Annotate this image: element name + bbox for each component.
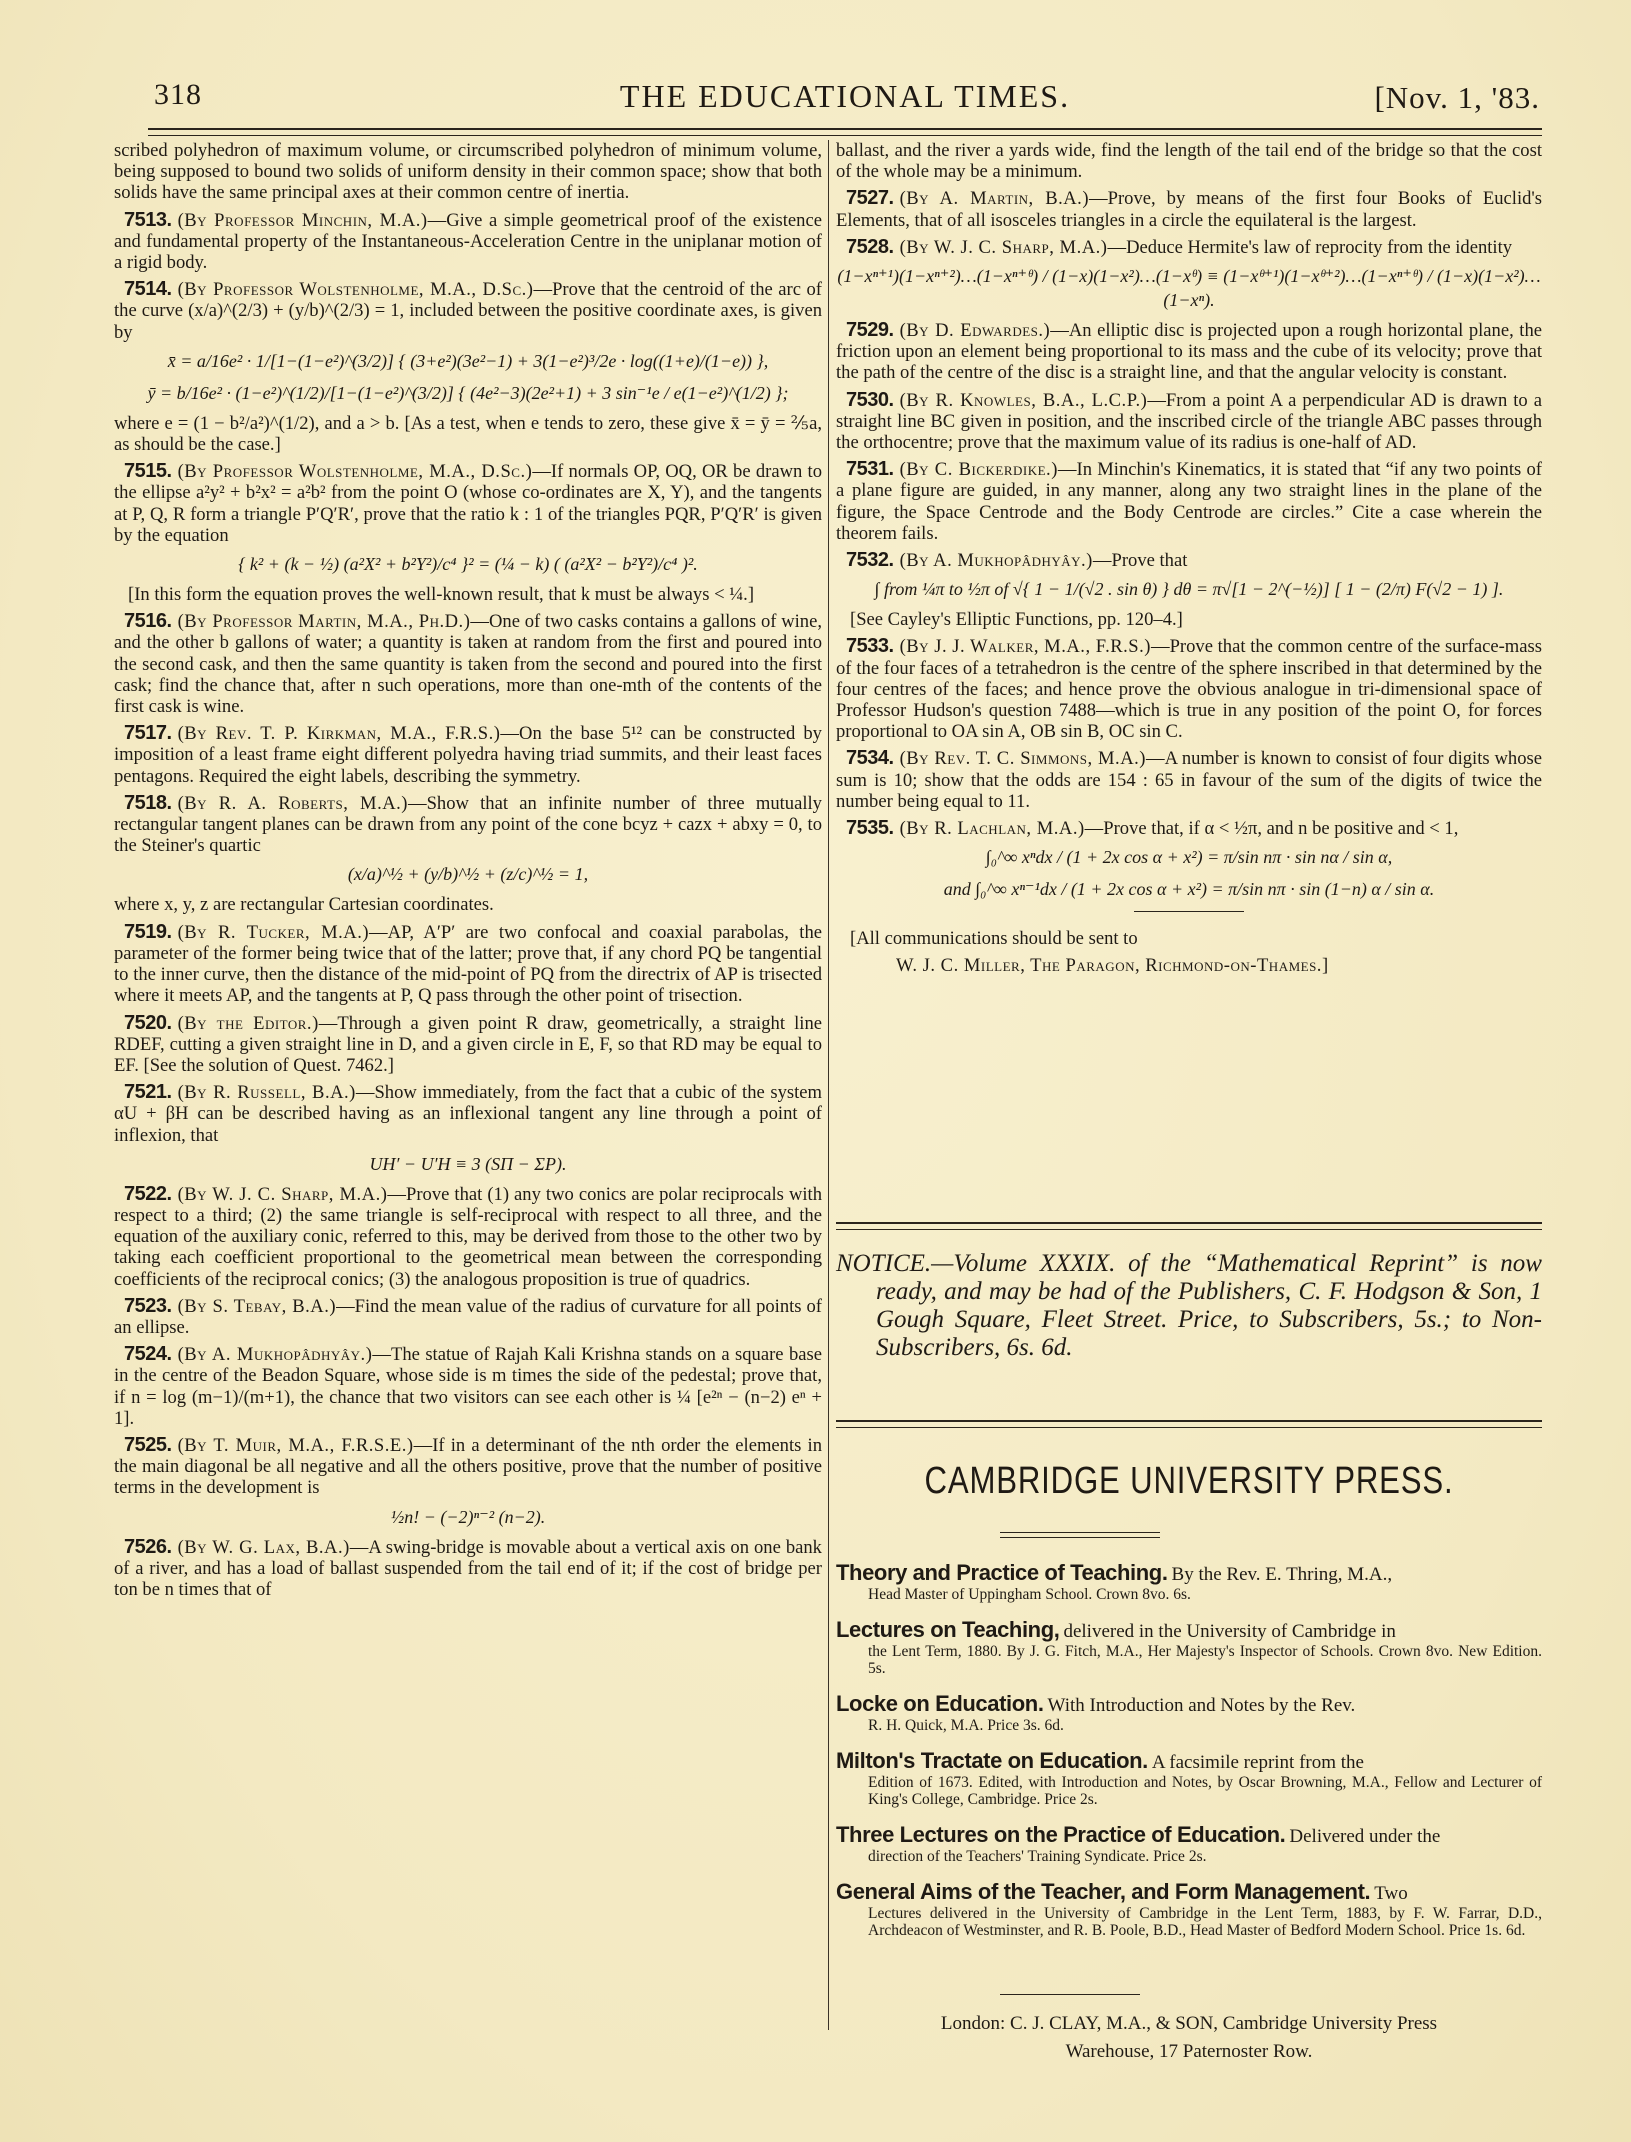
question-number: 7535. <box>846 817 894 839</box>
question-number: 7530. <box>846 389 894 411</box>
question-7516: 7516.(By Professor Martin, M.A., Ph.D.)—… <box>114 611 822 717</box>
book-lead: Two <box>1374 1883 1408 1904</box>
question-number: 7525. <box>124 1434 172 1456</box>
question-number: 7529. <box>846 319 894 341</box>
right-column: ballast, and the river a yards wide, fin… <box>836 140 1542 983</box>
question-7519: 7519.(By R. Tucker, M.A.)—AP, A′P′ are t… <box>114 922 822 1007</box>
question-author: (By R. Tucker, M.A.) <box>178 922 369 943</box>
book-title: Milton's Tractate on Education. <box>836 1748 1148 1773</box>
question-7517: 7517.(By Rev. T. P. Kirkman, M.A., F.R.S… <box>114 723 822 787</box>
question-7530: 7530.(By R. Knowles, B.A., L.C.P.)—From … <box>836 390 1542 454</box>
question-number: 7513. <box>124 209 172 231</box>
question-author: (By A. Mukhopâdhyây.) <box>178 1344 373 1365</box>
continued-text: scribed polyhedron of maximum volume, or… <box>114 140 822 204</box>
communications-line-1: [All communications should be sent to <box>836 928 1542 949</box>
question-number: 7514. <box>124 278 172 300</box>
question-7515: 7515.(By Professor Wolstenholme, M.A., D… <box>114 461 822 546</box>
equation: (1−xⁿ⁺¹)(1−xⁿ⁺²)…(1−xⁿ⁺ᶿ) / (1−x)(1−x²)…… <box>836 264 1542 312</box>
question-7523: 7523.(By S. Tebay, B.A.)—Find the mean v… <box>114 1296 822 1338</box>
question-7524: 7524.(By A. Mukhopâdhyây.)—The statue of… <box>114 1344 822 1429</box>
question-text: —Prove that <box>1093 550 1188 571</box>
question-number: 7520. <box>124 1012 172 1034</box>
equation: ½n! − (−2)ⁿ⁻² (n−2). <box>114 1505 822 1529</box>
question-author: (By A. Mukhopâdhyây.) <box>900 550 1093 571</box>
book-details: Head Master of Uppingham School. Crown 8… <box>836 1586 1542 1603</box>
question-number: 7533. <box>846 635 894 657</box>
question-text: —Prove that, if α < ½π, and n be positiv… <box>1085 818 1459 839</box>
continued-text: ballast, and the river a yards wide, fin… <box>836 140 1542 182</box>
book-details: R. H. Quick, M.A. Price 3s. 6d. <box>836 1717 1542 1734</box>
question-number: 7526. <box>124 1536 172 1558</box>
book-listing: Locke on Education. With Introduction an… <box>836 1691 1542 1734</box>
book-lead: A facsimile reprint from the <box>1152 1752 1364 1773</box>
question-author: (By S. Tebay, B.A.) <box>178 1296 337 1317</box>
question-number: 7531. <box>846 458 894 480</box>
equation: (x/a)^½ + (y/b)^½ + (z/c)^½ = 1, <box>114 862 822 886</box>
masthead: 318 THE EDUCATIONAL TIMES. [Nov. 1, '83. <box>150 78 1540 122</box>
equation: x̄ = a/16e² · 1/[1−(1−e²)^(3/2)] { (3+e²… <box>114 349 822 373</box>
question-author: (By R. Russell, B.A.) <box>178 1082 356 1103</box>
publication-title: THE EDUCATIONAL TIMES. <box>150 78 1540 115</box>
book-title: General Aims of the Teacher, and Form Ma… <box>836 1879 1370 1904</box>
notice-text: NOTICE.—Volume XXXIX. of the “Mathematic… <box>836 1250 1542 1362</box>
imprint-rule <box>1000 1994 1140 1995</box>
question-author: (By Rev. T. C. Simmons, M.A.) <box>900 748 1146 769</box>
book-title: Three Lectures on the Practice of Educat… <box>836 1822 1285 1847</box>
question-7513: 7513.(By Professor Minchin, M.A.)—Give a… <box>114 210 822 274</box>
book-title: Theory and Practice of Teaching. <box>836 1560 1168 1585</box>
question-number: 7532. <box>846 549 894 571</box>
question-7533: 7533.(By J. J. Walker, M.A., F.R.S.)—Pro… <box>836 636 1542 742</box>
question-7522: 7522.(By W. J. C. Sharp, M.A.)—Prove tha… <box>114 1184 822 1290</box>
book-listing: Milton's Tractate on Education. A facsim… <box>836 1748 1542 1808</box>
notice-bottom-rule <box>836 1420 1542 1428</box>
question-author: (By W. J. C. Sharp, M.A.) <box>178 1184 388 1205</box>
question-number: 7528. <box>846 236 894 258</box>
question-7535: 7535.(By R. Lachlan, M.A.)—Prove that, i… <box>836 818 1542 839</box>
notice-box: NOTICE.—Volume XXXIX. of the “Mathematic… <box>836 1250 1542 1368</box>
imprint-line-2: Warehouse, 17 Paternoster Row. <box>836 2038 1542 2066</box>
question-number: 7522. <box>124 1183 172 1205</box>
question-7528: 7528.(By W. J. C. Sharp, M.A.)—Deduce He… <box>836 237 1542 258</box>
question-number: 7517. <box>124 722 172 744</box>
question-number: 7519. <box>124 921 172 943</box>
question-7514: 7514.(By Professor Wolstenholme, M.A., D… <box>114 279 822 343</box>
masthead-rule <box>148 128 1542 136</box>
question-author: (By R. A. Roberts, M.A.) <box>178 793 408 814</box>
equation: ∫₀^∞ xⁿdx / (1 + 2x cos α + x²) = π/sin … <box>836 845 1542 869</box>
book-listing: Three Lectures on the Practice of Educat… <box>836 1822 1542 1865</box>
heading-rule <box>1000 1532 1160 1538</box>
imprint-line-1: London: C. J. CLAY, M.A., & SON, Cambrid… <box>836 2010 1542 2038</box>
notice-top-rule <box>836 1222 1542 1230</box>
publisher-imprint: London: C. J. CLAY, M.A., & SON, Cambrid… <box>836 2010 1542 2066</box>
question-note: [See Cayley's Elliptic Functions, pp. 12… <box>836 609 1542 630</box>
question-7527: 7527.(By A. Martin, B.A.)—Prove, by mean… <box>836 188 1542 230</box>
book-title: Locke on Education. <box>836 1691 1044 1716</box>
question-author: (By C. Bickerdike.) <box>900 459 1058 480</box>
question-author: (By Rev. T. P. Kirkman, M.A., F.R.S.) <box>178 723 501 744</box>
book-title: Lectures on Teaching, <box>836 1617 1059 1642</box>
question-number: 7523. <box>124 1295 172 1317</box>
question-author: (By R. Knowles, B.A., L.C.P.) <box>900 390 1148 411</box>
issue-date: [Nov. 1, '83. <box>1374 80 1540 116</box>
book-details: the Lent Term, 1880. By J. G. Fitch, M.A… <box>836 1643 1542 1677</box>
equation: and ∫₀^∞ xⁿ⁻¹dx / (1 + 2x cos α + x²) = … <box>836 877 1542 901</box>
question-author: (By J. J. Walker, M.A., F.R.S.) <box>900 636 1151 657</box>
book-details: direction of the Teachers' Training Synd… <box>836 1848 1542 1865</box>
question-author: (By R. Lachlan, M.A.) <box>900 818 1085 839</box>
question-author: (By D. Edwardes.) <box>900 320 1051 341</box>
book-listing: Theory and Practice of Teaching. By the … <box>836 1560 1542 1603</box>
question-text-after: where x, y, z are rectangular Cartesian … <box>114 894 822 915</box>
question-text: —Deduce Hermite's law of reprocity from … <box>1108 237 1513 258</box>
question-7525: 7525.(By T. Muir, M.A., F.R.S.E.)—If in … <box>114 1435 822 1499</box>
question-author: (By W. G. Lax, B.A.) <box>178 1537 350 1558</box>
column-divider <box>828 140 829 2030</box>
book-lead: By the Rev. E. Thring, M.A., <box>1172 1564 1393 1585</box>
equation: ȳ = b/16e² · (1−e²)^(1/2)/[1−(1−e²)^(3/2… <box>114 381 822 405</box>
question-author: (By A. Martin, B.A.) <box>900 188 1089 209</box>
book-lead: delivered in the University of Cambridge… <box>1063 1621 1395 1642</box>
equation: UH′ − U′H ≡ 3 (SΠ − ΣP). <box>114 1152 822 1176</box>
book-lead: Delivered under the <box>1289 1826 1440 1847</box>
publisher-heading: CAMBRIDGE UNIVERSITY PRESS. <box>900 1460 1479 1503</box>
question-7518: 7518.(By R. A. Roberts, M.A.)—Show that … <box>114 793 822 857</box>
question-7520: 7520.(By the Editor.)—Through a given po… <box>114 1013 822 1077</box>
question-number: 7524. <box>124 1343 172 1365</box>
communications-line-2: W. J. C. Miller, The Paragon, Richmond-o… <box>836 955 1542 976</box>
section-rule <box>1134 911 1244 912</box>
question-7531: 7531.(By C. Bickerdike.)—In Minchin's Ki… <box>836 459 1542 544</box>
newspaper-page: 318 THE EDUCATIONAL TIMES. [Nov. 1, '83.… <box>0 0 1631 2142</box>
equation: { k² + (k − ½) (a²X² + b²Y²)/c⁴ }² = (¼ … <box>114 552 822 576</box>
question-number: 7521. <box>124 1081 172 1103</box>
question-author: (By Professor Wolstenholme, M.A., D.Sc.) <box>178 279 534 300</box>
question-7521: 7521.(By R. Russell, B.A.)—Show immediat… <box>114 1082 822 1146</box>
question-number: 7515. <box>124 460 172 482</box>
book-lead: With Introduction and Notes by the Rev. <box>1048 1695 1356 1716</box>
question-7534: 7534.(By Rev. T. C. Simmons, M.A.)—A num… <box>836 748 1542 812</box>
question-number: 7516. <box>124 610 172 632</box>
question-author: (By W. J. C. Sharp, M.A.) <box>900 237 1108 258</box>
book-listing: Lectures on Teaching, delivered in the U… <box>836 1617 1542 1677</box>
question-7532: 7532.(By A. Mukhopâdhyây.)—Prove that <box>836 550 1542 571</box>
question-author: (By the Editor.) <box>178 1013 319 1034</box>
question-author: (By Professor Minchin, M.A.) <box>178 210 428 231</box>
left-column: scribed polyhedron of maximum volume, or… <box>114 140 822 1606</box>
book-listing: General Aims of the Teacher, and Form Ma… <box>836 1879 1542 1939</box>
book-details: Lectures delivered in the University of … <box>836 1905 1542 1939</box>
book-details: Edition of 1673. Edited, with Introducti… <box>836 1774 1542 1808</box>
question-7529: 7529.(By D. Edwardes.)—An elliptic disc … <box>836 320 1542 384</box>
question-author: (By T. Muir, M.A., F.R.S.E.) <box>178 1435 414 1456</box>
question-text-after: where e = (1 − b²/a²)^(1/2), and a > b. … <box>114 413 822 455</box>
question-7526: 7526.(By W. G. Lax, B.A.)—A swing-bridge… <box>114 1537 822 1601</box>
question-note: [In this form the equation proves the we… <box>114 584 822 605</box>
equation: ∫ from ¼π to ½π of √{ 1 − 1/(√2 . sin θ)… <box>836 577 1542 601</box>
question-author: (By Professor Martin, M.A., Ph.D.) <box>178 611 471 632</box>
question-author: (By Professor Wolstenholme, M.A., D.Sc.) <box>178 461 533 482</box>
book-list: Theory and Practice of Teaching. By the … <box>836 1560 1542 1953</box>
question-number: 7534. <box>846 747 894 769</box>
question-number: 7518. <box>124 792 172 814</box>
question-number: 7527. <box>846 187 894 209</box>
